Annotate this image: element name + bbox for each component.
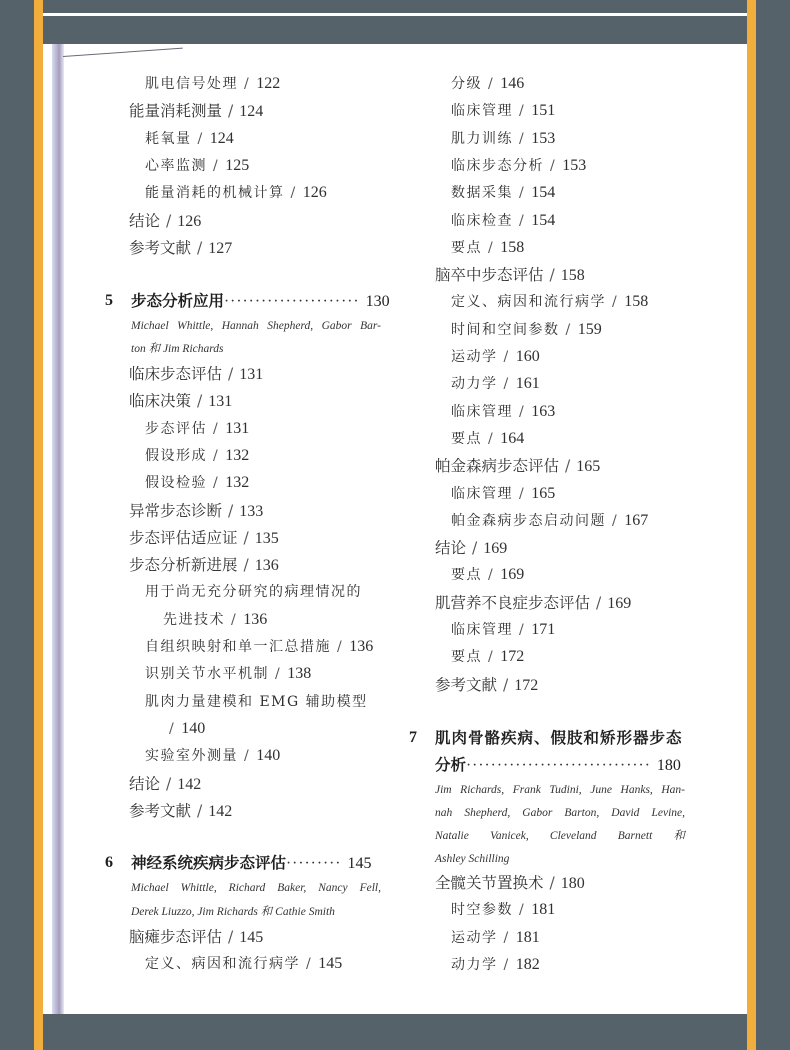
toc-page-number: 125 [225, 157, 249, 174]
toc-separator: / [197, 392, 202, 410]
toc-entry[interactable]: 动力学/161 [451, 374, 540, 394]
toc-entry-title: 识别关节水平机制 [145, 666, 269, 682]
chapter-page-number: 130 [366, 293, 390, 310]
toc-separator: / [337, 639, 343, 655]
toc-page-number: 160 [516, 348, 540, 365]
toc-entry[interactable]: 识别关节水平机制/138 [145, 664, 311, 684]
toc-entry-title: 要点 [451, 431, 482, 447]
toc-separator: / [228, 502, 233, 520]
toc-page-number: 182 [516, 956, 540, 973]
toc-entry-title: 参考文献 [129, 802, 191, 820]
toc-separator: / [228, 365, 233, 383]
toc-entry-title: 时间和空间参数 [451, 322, 560, 338]
toc-entry[interactable]: 动力学/182 [451, 955, 540, 975]
toc-separator: / [519, 213, 525, 229]
toc-entry-title: 定义、病因和流行病学 [145, 956, 300, 972]
toc-entry-title: 结论 [435, 539, 466, 557]
toc-separator: / [244, 556, 249, 574]
toc-entry-title: 步态评估适应证 [129, 529, 238, 547]
toc-page-number: 181 [516, 929, 540, 946]
toc-separator: / [504, 349, 510, 365]
chapter-authors: nah Shepherd, Gabor Barton, David Levine… [435, 802, 685, 824]
toc-separator: / [228, 102, 233, 120]
toc-page-number: 145 [239, 929, 263, 946]
toc-separator: / [198, 131, 204, 147]
toc-separator: / [519, 131, 525, 147]
toc-separator: / [550, 266, 555, 284]
toc-entry-title: 肌力训练 [451, 131, 513, 147]
toc-entry[interactable]: 耗氧量/124 [145, 129, 234, 149]
toc-page-number: 169 [483, 540, 507, 557]
toc-entry-title: 分级 [451, 76, 482, 92]
toc-separator: / [504, 376, 510, 392]
toc-separator: / [596, 594, 601, 612]
chapter-authors: Ashley Schilling [435, 848, 509, 870]
toc-entry-title: 动力学 [451, 957, 498, 973]
chapter-authors: Derek Liuzzo, Jim Richards 和 Cathie Smit… [131, 901, 335, 923]
toc-entry-title: 临床管理 [451, 103, 513, 119]
toc-separator: / [566, 322, 572, 338]
chapter-authors: Michael Whittle, Richard Baker, Nancy Fe… [131, 877, 381, 899]
toc-entry[interactable]: 定义、病因和流行病学/145 [145, 954, 342, 974]
toc-entry[interactable]: 临床步态分析/153 [451, 156, 586, 176]
toc-entry[interactable]: 要点/172 [451, 647, 524, 667]
toc-page-number: 124 [210, 130, 234, 147]
book-page: 肌电信号处理/122能量消耗测量/124耗氧量/124心率监测/125能量消耗的… [43, 44, 747, 1014]
toc-page-number: 167 [624, 512, 648, 529]
toc-page-number: 169 [607, 595, 631, 612]
toc-page-number: 153 [562, 157, 586, 174]
toc-page-number: 180 [561, 875, 585, 892]
toc-separator: / [488, 649, 494, 665]
toc-entry-title: 定义、病因和流行病学 [451, 294, 606, 310]
toc-page-number: 145 [318, 955, 342, 972]
toc-separator: / [275, 666, 281, 682]
leader-dots: ······························ [466, 757, 651, 774]
toc-entry[interactable]: 脑瘫步态评估/145 [129, 927, 263, 948]
toc-entry-title: 动力学 [451, 376, 498, 392]
toc-page-number: 126 [303, 184, 327, 201]
toc-entry[interactable]: 临床决策/131 [129, 391, 232, 412]
right-accent-bar [747, 0, 756, 1050]
toc-entry-title: 运动学 [451, 930, 498, 946]
chapter-title: 肌肉骨骼疾病、假肢和矫形器步态 [435, 729, 683, 747]
toc-entry[interactable]: 自组织映射和单一汇总措施/136 [145, 637, 373, 657]
toc-entry-title: 脑瘫步态评估 [129, 928, 222, 946]
toc-entry-title: 帕金森病步态启动问题 [451, 513, 606, 529]
chapter-authors: Natalie Vanicek, Cleveland Barnett 和 [435, 825, 685, 847]
toc-page-number: 181 [531, 901, 555, 918]
toc-separator: / [488, 567, 494, 583]
toc-entry-title: 步态分析新进展 [129, 556, 238, 574]
toc-page-number: 126 [177, 213, 201, 230]
toc-entry-title: 假设检验 [145, 475, 207, 491]
toc-separator: / [228, 928, 233, 946]
toc-page-number: 131 [208, 393, 232, 410]
toc-entry[interactable]: 时间和空间参数/159 [451, 320, 602, 340]
chapter-authors: Michael Whittle, Hannah Shepherd, Gabor … [131, 315, 381, 337]
toc-entry[interactable]: 异常步态诊断/133 [129, 501, 263, 522]
toc-entry-title: 肌肉力量建模和 EMG 辅助模型 [145, 694, 368, 710]
chapter-authors: ton 和 Jim Richards [131, 338, 224, 360]
toc-entry[interactable]: 分级/146 [451, 74, 524, 94]
toc-entry-title: 参考文献 [129, 239, 191, 257]
chapter-title: 神经系统疾病步态评估 [131, 854, 286, 872]
toc-entry[interactable]: 用于尚无充分研究的病理情况的 [145, 582, 362, 602]
toc-entry[interactable]: 全髋关节置换术/180 [435, 873, 585, 894]
toc-entry-title: 临床管理 [451, 622, 513, 638]
toc-entry-title: 耗氧量 [145, 131, 192, 147]
toc-entry-title: 假设形成 [145, 448, 207, 464]
toc-separator: / [504, 930, 510, 946]
toc-entry[interactable]: 脑卒中步态评估/158 [435, 265, 585, 286]
toc-entry-title: 临床步态评估 [129, 365, 222, 383]
leader-dots: ······················ [224, 293, 360, 310]
chapter-title: 步态分析应用 [131, 292, 224, 310]
toc-separator: / [488, 76, 494, 92]
toc-entry[interactable]: 结论/126 [129, 211, 201, 232]
toc-entry[interactable]: 时空参数/181 [451, 900, 555, 920]
toc-entry-title: 用于尚无充分研究的病理情况的 [145, 584, 362, 600]
toc-entry-title: 全髋关节置换术 [435, 874, 544, 892]
toc-entry[interactable]: 步态评估/131 [145, 419, 249, 439]
toc-separator: / [612, 513, 618, 529]
toc-page-number: 138 [287, 665, 311, 682]
toc-page-number: 165 [531, 485, 555, 502]
toc-page-number: 124 [239, 103, 263, 120]
toc-separator: / [519, 404, 525, 420]
toc-separator: / [166, 775, 171, 793]
toc-entry-title: 要点 [451, 567, 482, 583]
toc-separator: / [169, 721, 175, 737]
toc-entry[interactable]: 参考文献/142 [129, 801, 232, 822]
toc-entry[interactable]: 要点/164 [451, 429, 524, 449]
toc-entry[interactable]: 运动学/181 [451, 928, 540, 948]
toc-separator: / [197, 802, 202, 820]
toc-page-number: 127 [208, 240, 232, 257]
toc-separator: / [213, 475, 219, 491]
chapter-heading-continued[interactable]: 分析······························180 [435, 754, 681, 777]
toc-page-number: 132 [225, 447, 249, 464]
toc-page-number: 161 [516, 375, 540, 392]
toc-entry[interactable]: 帕金森病步态启动问题/167 [451, 511, 648, 531]
chapter-authors: Jim Richards, Frank Tudini, June Hanks, … [435, 779, 685, 801]
toc-separator: / [306, 956, 312, 972]
toc-page-number: 159 [578, 321, 602, 338]
toc-entry[interactable]: 心率监测/125 [145, 156, 249, 176]
toc-entry[interactable]: 肌电信号处理/122 [145, 74, 280, 94]
toc-entry[interactable]: 定义、病因和流行病学/158 [451, 292, 648, 312]
toc-entry[interactable]: 能量消耗的机械计算/126 [145, 183, 327, 203]
toc-entry[interactable]: 实验室外测量/140 [145, 746, 280, 766]
toc-entry-title: 临床步态分析 [451, 158, 544, 174]
left-accent-bar [34, 0, 43, 1050]
toc-entry-title: 步态评估 [145, 421, 207, 437]
toc-entry-title: 临床检查 [451, 213, 513, 229]
toc-entry[interactable]: 能量消耗测量/124 [129, 101, 263, 122]
toc-entry-title: 参考文献 [435, 676, 497, 694]
chapter-title: 分析 [435, 756, 466, 774]
leader-dots: ········· [286, 855, 341, 872]
toc-separator: / [519, 902, 525, 918]
toc-separator: / [565, 457, 570, 475]
toc-entry[interactable]: 要点/169 [451, 565, 524, 585]
toc-separator: / [519, 103, 525, 119]
toc-entry-title: 运动学 [451, 349, 498, 365]
toc-entry-title: 时空参数 [451, 902, 513, 918]
toc-entry-title: 肌营养不良症步态评估 [435, 594, 590, 612]
toc-entry-title: 先进技术 [163, 612, 225, 628]
toc-entry-title: 自组织映射和单一汇总措施 [145, 639, 331, 655]
toc-separator: / [550, 158, 556, 174]
toc-separator: / [519, 622, 525, 638]
toc-page-number: 136 [255, 557, 279, 574]
toc-page-number: 164 [500, 430, 524, 447]
toc-page-number: 154 [531, 212, 555, 229]
chapter-number: 5 [105, 290, 113, 312]
page-binding-shadow [52, 44, 64, 1014]
toc-entry-title: 能量消耗测量 [129, 102, 222, 120]
top-divider-line [43, 13, 747, 16]
toc-separator: / [550, 874, 555, 892]
toc-entry-title: 结论 [129, 212, 160, 230]
toc-separator: / [197, 239, 202, 257]
toc-entry-title: 心率监测 [145, 158, 207, 174]
chapter-number: 7 [409, 727, 417, 749]
toc-separator: / [472, 539, 477, 557]
toc-page-number: 158 [624, 293, 648, 310]
toc-separator: / [213, 421, 219, 437]
toc-page-number: 172 [514, 677, 538, 694]
toc-separator: / [291, 185, 297, 201]
toc-page-number: 131 [225, 420, 249, 437]
toc-entry[interactable]: 假设检验/132 [145, 473, 249, 493]
toc-entry[interactable]: 临床检查/154 [451, 211, 555, 231]
toc-page-number: 163 [531, 403, 555, 420]
toc-separator: / [244, 748, 250, 764]
toc-page-number: 122 [256, 75, 280, 92]
toc-entry-title: 要点 [451, 240, 482, 256]
chapter-heading[interactable]: 7肌肉骨骼疾病、假肢和矫形器步态 [435, 727, 683, 749]
toc-separator: / [519, 185, 525, 201]
toc-entry[interactable]: 结论/169 [435, 538, 507, 559]
chapter-page-number: 180 [657, 757, 681, 774]
toc-entry[interactable]: 肌肉力量建模和 EMG 辅助模型 [145, 692, 368, 712]
toc-page-number: 151 [531, 102, 555, 119]
toc-entry[interactable]: 步态评估适应证/135 [129, 528, 279, 549]
toc-separator: / [231, 612, 237, 628]
chapter-page-number: 145 [347, 855, 371, 872]
toc-page-number: 154 [531, 184, 555, 201]
toc-page-number: 158 [561, 267, 585, 284]
page-curl-line [63, 48, 184, 71]
toc-separator: / [213, 158, 219, 174]
toc-page-number: 140 [256, 747, 280, 764]
toc-page-number: 135 [255, 530, 279, 547]
toc-entry[interactable]: 运动学/160 [451, 347, 540, 367]
toc-entry-title: 脑卒中步态评估 [435, 266, 544, 284]
chapter-number: 6 [105, 852, 113, 874]
toc-entry[interactable]: 先进技术/136 [163, 610, 267, 630]
toc-separator: / [166, 212, 171, 230]
toc-page-number: 146 [500, 75, 524, 92]
toc-page-number: 169 [500, 566, 524, 583]
toc-separator: / [488, 431, 494, 447]
toc-entry-title: 数据采集 [451, 185, 513, 201]
toc-entry-title: 临床管理 [451, 404, 513, 420]
toc-page-number: 131 [239, 366, 263, 383]
toc-entry[interactable]: 临床管理/151 [451, 101, 555, 121]
toc-page-number: 140 [181, 720, 205, 737]
toc-entry[interactable]: 临床管理/163 [451, 402, 555, 422]
toc-page-number: 171 [531, 621, 555, 638]
toc-separator: / [504, 957, 510, 973]
toc-entry[interactable]: 临床管理/165 [451, 484, 555, 504]
toc-separator: / [612, 294, 618, 310]
toc-entry[interactable]: 帕金森病步态评估/165 [435, 456, 600, 477]
toc-entry[interactable]: 肌力训练/153 [451, 129, 555, 149]
toc-entry[interactable]: 要点/158 [451, 238, 524, 258]
toc-entry-title: 能量消耗的机械计算 [145, 185, 285, 201]
toc-entry-title: 要点 [451, 649, 482, 665]
toc-page-number: 132 [225, 474, 249, 491]
toc-entry[interactable]: 临床管理/171 [451, 620, 555, 640]
toc-entry-title: 临床管理 [451, 486, 513, 502]
toc-separator: / [488, 240, 494, 256]
toc-page-number: 158 [500, 239, 524, 256]
chapter-heading[interactable]: 5步态分析应用······················130 [131, 290, 390, 313]
toc-entry[interactable]: 肌营养不良症步态评估/169 [435, 593, 631, 614]
toc-entry[interactable]: 参考文献/127 [129, 238, 232, 259]
toc-page-number: 165 [576, 458, 600, 475]
toc-entry-title: 异常步态诊断 [129, 502, 222, 520]
toc-entry[interactable]: 步态分析新进展/136 [129, 555, 279, 576]
toc-entry[interactable]: 结论/142 [129, 774, 201, 795]
toc-entry-title: 帕金森病步态评估 [435, 457, 559, 475]
toc-page-number: 133 [239, 503, 263, 520]
toc-page-number: 153 [531, 130, 555, 147]
toc-page-number: 172 [500, 648, 524, 665]
toc-entry-title: 临床决策 [129, 392, 191, 410]
toc-separator: / [244, 529, 249, 547]
toc-separator: / [519, 486, 525, 502]
toc-entry-title: 结论 [129, 775, 160, 793]
toc-page-number: 142 [177, 776, 201, 793]
toc-entry[interactable]: /140 [163, 719, 205, 739]
toc-entry[interactable]: 临床步态评估/131 [129, 364, 263, 385]
toc-page-number: 136 [243, 611, 267, 628]
chapter-heading[interactable]: 6神经系统疾病步态评估·········145 [131, 852, 371, 875]
toc-page-number: 142 [208, 803, 232, 820]
toc-separator: / [503, 676, 508, 694]
toc-entry[interactable]: 假设形成/132 [145, 446, 249, 466]
toc-separator: / [244, 76, 250, 92]
toc-entry[interactable]: 参考文献/172 [435, 675, 538, 696]
toc-entry-title: 实验室外测量 [145, 748, 238, 764]
toc-entry-title: 肌电信号处理 [145, 76, 238, 92]
toc-separator: / [213, 448, 219, 464]
toc-entry[interactable]: 数据采集/154 [451, 183, 555, 203]
toc-page-number: 136 [349, 638, 373, 655]
